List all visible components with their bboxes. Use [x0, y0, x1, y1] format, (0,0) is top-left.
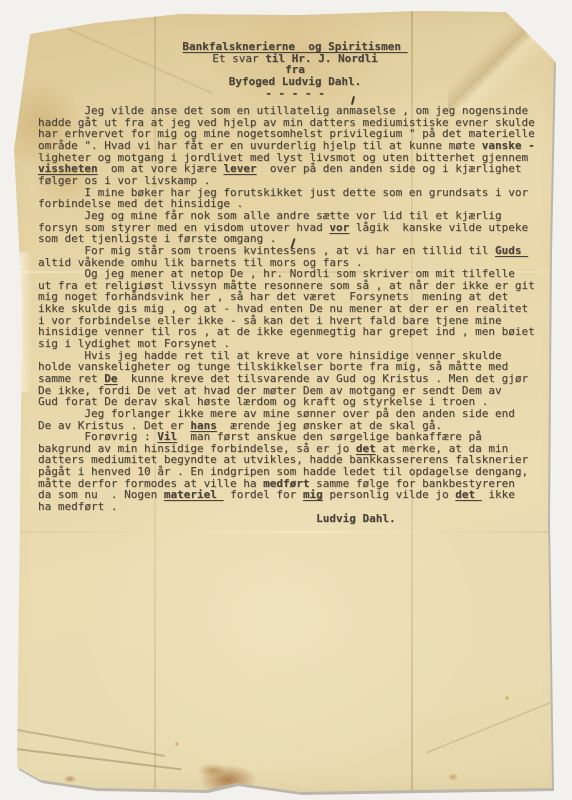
divider-dashes: - - - - -: [38, 88, 552, 100]
corner-crease: [426, 688, 572, 754]
torn-edge-highlight: [16, 252, 32, 392]
corner-crease: [17, 729, 165, 757]
corner-crease: [13, 748, 182, 771]
letter-body: Bankfalsknerierne og Spiritismen Et svar…: [38, 41, 552, 524]
letter-paper: Bankfalsknerierne og Spiritismen Et svar…: [0, 0, 572, 800]
scanned-letter: Bankfalsknerierne og Spiritismen Et svar…: [0, 0, 572, 800]
signature: Ludvig Dahl.: [38, 513, 552, 525]
fold-crease-horizontal: [0, 531, 572, 533]
